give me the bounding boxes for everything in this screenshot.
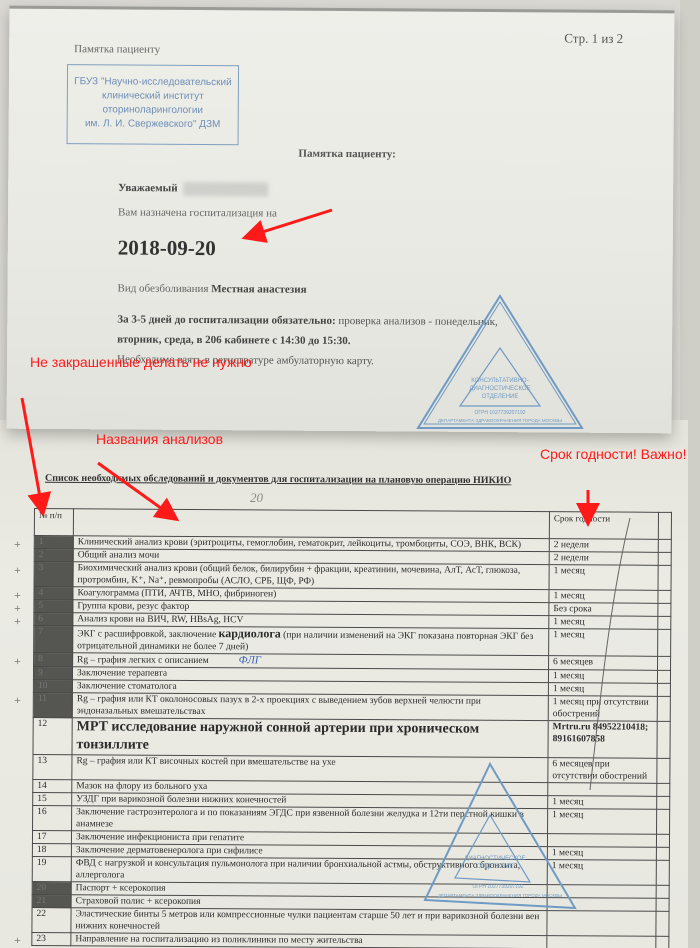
annotation-expiry: Срок годности! Важно! [540, 446, 687, 462]
row-extra-cell [656, 847, 669, 860]
pen-check-mark: + [14, 563, 21, 578]
row-extra-cell [657, 696, 670, 721]
row-expiry [547, 936, 656, 948]
row-extra-cell [656, 898, 669, 911]
col-name-header [73, 509, 549, 539]
row-number: 22 [32, 907, 71, 932]
row-extra-cell [658, 552, 671, 565]
row-name-text: Заключение дерматовенеролога при сифилис… [76, 845, 263, 856]
institution-stamp: ГБУЗ "Научно-исследовательский клиническ… [67, 64, 240, 145]
row-name-text: Rg – графия или КТ височных костей при в… [76, 756, 335, 768]
anesthesia-line: Вид обезболивания Местная анастезия [117, 282, 306, 295]
table-row: 11Rg – графия или КТ околоносовых пазух … [33, 692, 670, 721]
svg-text:ДЕПАРТАМЕНТА ЗДРАВООХРАНЕНИЯ Г: ДЕПАРТАМЕНТА ЗДРАВООХРАНЕНИЯ ГОРОДА МОСК… [438, 418, 562, 423]
row-number: 17 [32, 830, 71, 843]
row-number: 10 [33, 679, 72, 692]
row-test-name: МРТ исследование наружной сонной артерии… [72, 718, 548, 758]
row-name-text: Паспорт + ксерокопия [76, 883, 166, 894]
svg-text:ОГРН 1027739207192: ОГРН 1027739207192 [472, 884, 523, 890]
row-name-text: УЗДГ при варикозной болезни нижних конеч… [76, 794, 286, 805]
pen-check-mark: + [14, 614, 21, 629]
row-number: 7 [34, 626, 73, 653]
svg-text:ОТДЕЛЕНИЕ: ОТДЕЛЕНИЕ [477, 864, 514, 870]
row-name-text: Мазок на флору из больного уха [76, 781, 207, 792]
row-expiry: 1 месяц [549, 629, 658, 657]
row-number: 12 [33, 717, 72, 754]
row-expiry: 1 месяц [549, 616, 658, 630]
row-name-prefix: ЭКГ с расшифровкой, заключение [77, 629, 218, 640]
row-name-text: Rg – графия легких с описанием [77, 655, 209, 666]
row-extra-cell [658, 656, 671, 670]
row-expiry: 1 месяц [548, 670, 657, 684]
row-number: 20 [32, 881, 71, 894]
row-number: 16 [33, 805, 72, 830]
row-extra-cell [658, 616, 671, 629]
row-name-text: Заключение терапевта [77, 668, 167, 679]
row-number: 18 [32, 843, 71, 856]
stamp-line: ГБУЗ "Научно-исследовательский [68, 75, 238, 90]
row-extra-cell [657, 721, 670, 758]
row-number: 15 [33, 792, 72, 805]
table-row: 12МРТ исследование наружной сонной артер… [33, 717, 670, 758]
row-name-text: Биохимический анализ крови (общий белок,… [78, 563, 521, 586]
svg-text:ОТДЕЛЕНИЕ: ОТДЕЛЕНИЕ [482, 394, 519, 400]
col-extra-header [658, 512, 671, 539]
row-number: 6 [34, 613, 73, 626]
row-name-text: Страховой полис + ксерокопия [76, 896, 201, 907]
row-extra-cell [658, 590, 671, 603]
svg-text:КОНСУЛЬТАТИВНО-: КОНСУЛЬТАТИВНО- [471, 378, 528, 384]
row-number: 13 [33, 754, 72, 779]
assigned-text: Вам назначена госпитализация на [118, 206, 277, 219]
row-number: 4 [34, 587, 73, 600]
row-extra-cell [656, 885, 669, 898]
row-extra-cell [658, 603, 671, 616]
row-extra-cell [657, 670, 670, 683]
row-number: 9 [33, 667, 72, 680]
col-num-header: № п/п [34, 509, 73, 536]
row-number: 1 [34, 536, 73, 549]
row-extra-cell [656, 911, 669, 936]
row-extra-cell [657, 783, 670, 796]
handwritten-mark: 20 [250, 490, 263, 506]
row-number: 5 [34, 600, 73, 613]
svg-text:ДЕПАРТАМЕНТА ЗДРАВООХРАНЕНИЯ Г: ДЕПАРТАМЕНТА ЗДРАВООХРАНЕНИЯ ГОРОДА МОСК… [438, 893, 562, 898]
svg-text:ДИАГНОСТИЧЕСКОЕ: ДИАГНОСТИЧЕСКОЕ [464, 856, 525, 862]
row-number: 2 [34, 549, 73, 562]
row-expiry: 2 недели [549, 552, 658, 566]
row-expiry: 1 месяц [549, 565, 658, 591]
stamp-line: клинический институт оториноларингологии [68, 89, 238, 118]
row-expiry: 1 месяц [549, 590, 658, 604]
row-extra-cell [657, 796, 670, 809]
row-name-text: Анализ крови на ВИЧ, RW, HBsAg, HCV [77, 614, 243, 625]
svg-text:ДИАГНОСТИЧЕСКОЕ: ДИАГНОСТИЧЕСКОЕ [469, 386, 530, 392]
row-name-text: МРТ исследование наружной сонной артерии… [77, 719, 480, 752]
row-extra-cell [657, 809, 670, 834]
row-name-text: Заключение инфекциониста при гепатите [76, 832, 244, 843]
row-extra-cell [656, 834, 669, 847]
row-name-text: Группа крови, резус фактор [77, 601, 189, 612]
row-extra-cell [657, 758, 670, 783]
row-name-bold: кардиолога [219, 626, 281, 640]
row-number: 14 [33, 779, 72, 792]
row-extra-cell [658, 539, 671, 552]
row-test-name: ЭКГ с расшифровкой, заключение кардиолог… [73, 626, 549, 656]
row-expiry: Mrtru.ru 84952210418; 89161607858 [548, 721, 657, 759]
row-test-name: Направление на госпитализацию из поликли… [71, 933, 547, 948]
anesthesia-value: Местная анастезия [211, 283, 306, 296]
pen-check-mark: + [14, 693, 21, 708]
row-extra-cell [657, 683, 670, 696]
row-number: 3 [34, 562, 73, 587]
row-expiry: 1 месяц при отсутствии обострений [548, 696, 657, 722]
instruction-bold: За 3-5 дней до госпитализации обязательн… [117, 313, 335, 327]
svg-text:ОГРН 1027739207192: ОГРН 1027739207192 [474, 410, 525, 416]
table-header-row: № п/п Срок годности [34, 509, 671, 540]
handwritten-note: ФЛГ [239, 654, 261, 666]
triangle-stamp-bottom: ДИАГНОСТИЧЕСКОЕ ОТДЕЛЕНИЕ ОГРН 102773920… [420, 760, 580, 915]
row-extra-cell [658, 565, 671, 590]
greeting: Уважаемый [118, 181, 268, 196]
row-name-text: Коагулограмма (ПТИ, АЧТВ, МНО, фибриноге… [77, 588, 276, 599]
patient-name-redacted [184, 182, 269, 197]
row-test-name: Биохимический анализ крови (общий белок,… [73, 562, 549, 590]
hospitalization-date: 2018-09-20 [118, 235, 216, 261]
row-test-name: Rg – графия или КТ околоносовых пазух в … [72, 693, 548, 721]
row-name-text: Rg – графия или КТ околоносовых пазух в … [77, 694, 481, 717]
table-row: 7ЭКГ с расшифровкой, заключение кардиоло… [34, 626, 671, 657]
pen-check-mark: + [14, 654, 21, 669]
anesthesia-label: Вид обезболивания [117, 282, 208, 295]
row-name-text: Заключение стоматолога [77, 681, 177, 692]
pen-check-mark: + [14, 933, 21, 948]
row-name-text: Клинический анализ крови (эритроциты, ге… [78, 537, 521, 550]
instruction-2: вторник, среда, в 206 кабинете с 14:30 д… [117, 333, 350, 347]
row-name-text: Общий анализ мочи [78, 550, 160, 560]
row-number: 23 [32, 932, 71, 945]
annotation-test-names: Названия анализов [96, 431, 223, 447]
table-row: 3Биохимический анализ крови (общий белок… [34, 562, 671, 591]
row-extra-cell [656, 936, 669, 948]
triangle-stamp-top: КОНСУЛЬТАТИВНО- ДИАГНОСТИЧЕСКОЕ ОТДЕЛЕНИ… [410, 290, 590, 440]
page-number: Стр. 1 из 2 [564, 31, 623, 47]
annotation-unfilled: Не закрашенные делать не нужно [30, 354, 252, 370]
row-extra-cell [656, 860, 669, 885]
row-number: 8 [34, 653, 73, 667]
stamp-line: им. Л. И. Свержевского" ДЗМ [68, 117, 238, 132]
col-term-header: Срок годности [549, 512, 658, 540]
table-row: 23Направление на госпитализацию из полик… [32, 932, 669, 948]
pen-check-mark: + [14, 537, 21, 552]
row-expiry: 2 недели [549, 539, 658, 553]
row-number: 19 [32, 856, 71, 881]
row-expiry: Без срока [549, 603, 658, 617]
row-name-text: Направление на госпитализацию из поликли… [75, 934, 362, 946]
row-extra-cell [658, 629, 671, 656]
row-expiry: 1 месяц [548, 683, 657, 697]
memo-title: Памятка пациенту: [298, 148, 395, 161]
row-number: 11 [33, 692, 72, 717]
memo-header-small: Памятка пациенту [74, 43, 160, 56]
row-expiry: 6 месяцев [549, 656, 658, 671]
greeting-label: Уважаемый [118, 182, 177, 194]
row-number: 21 [32, 894, 71, 907]
